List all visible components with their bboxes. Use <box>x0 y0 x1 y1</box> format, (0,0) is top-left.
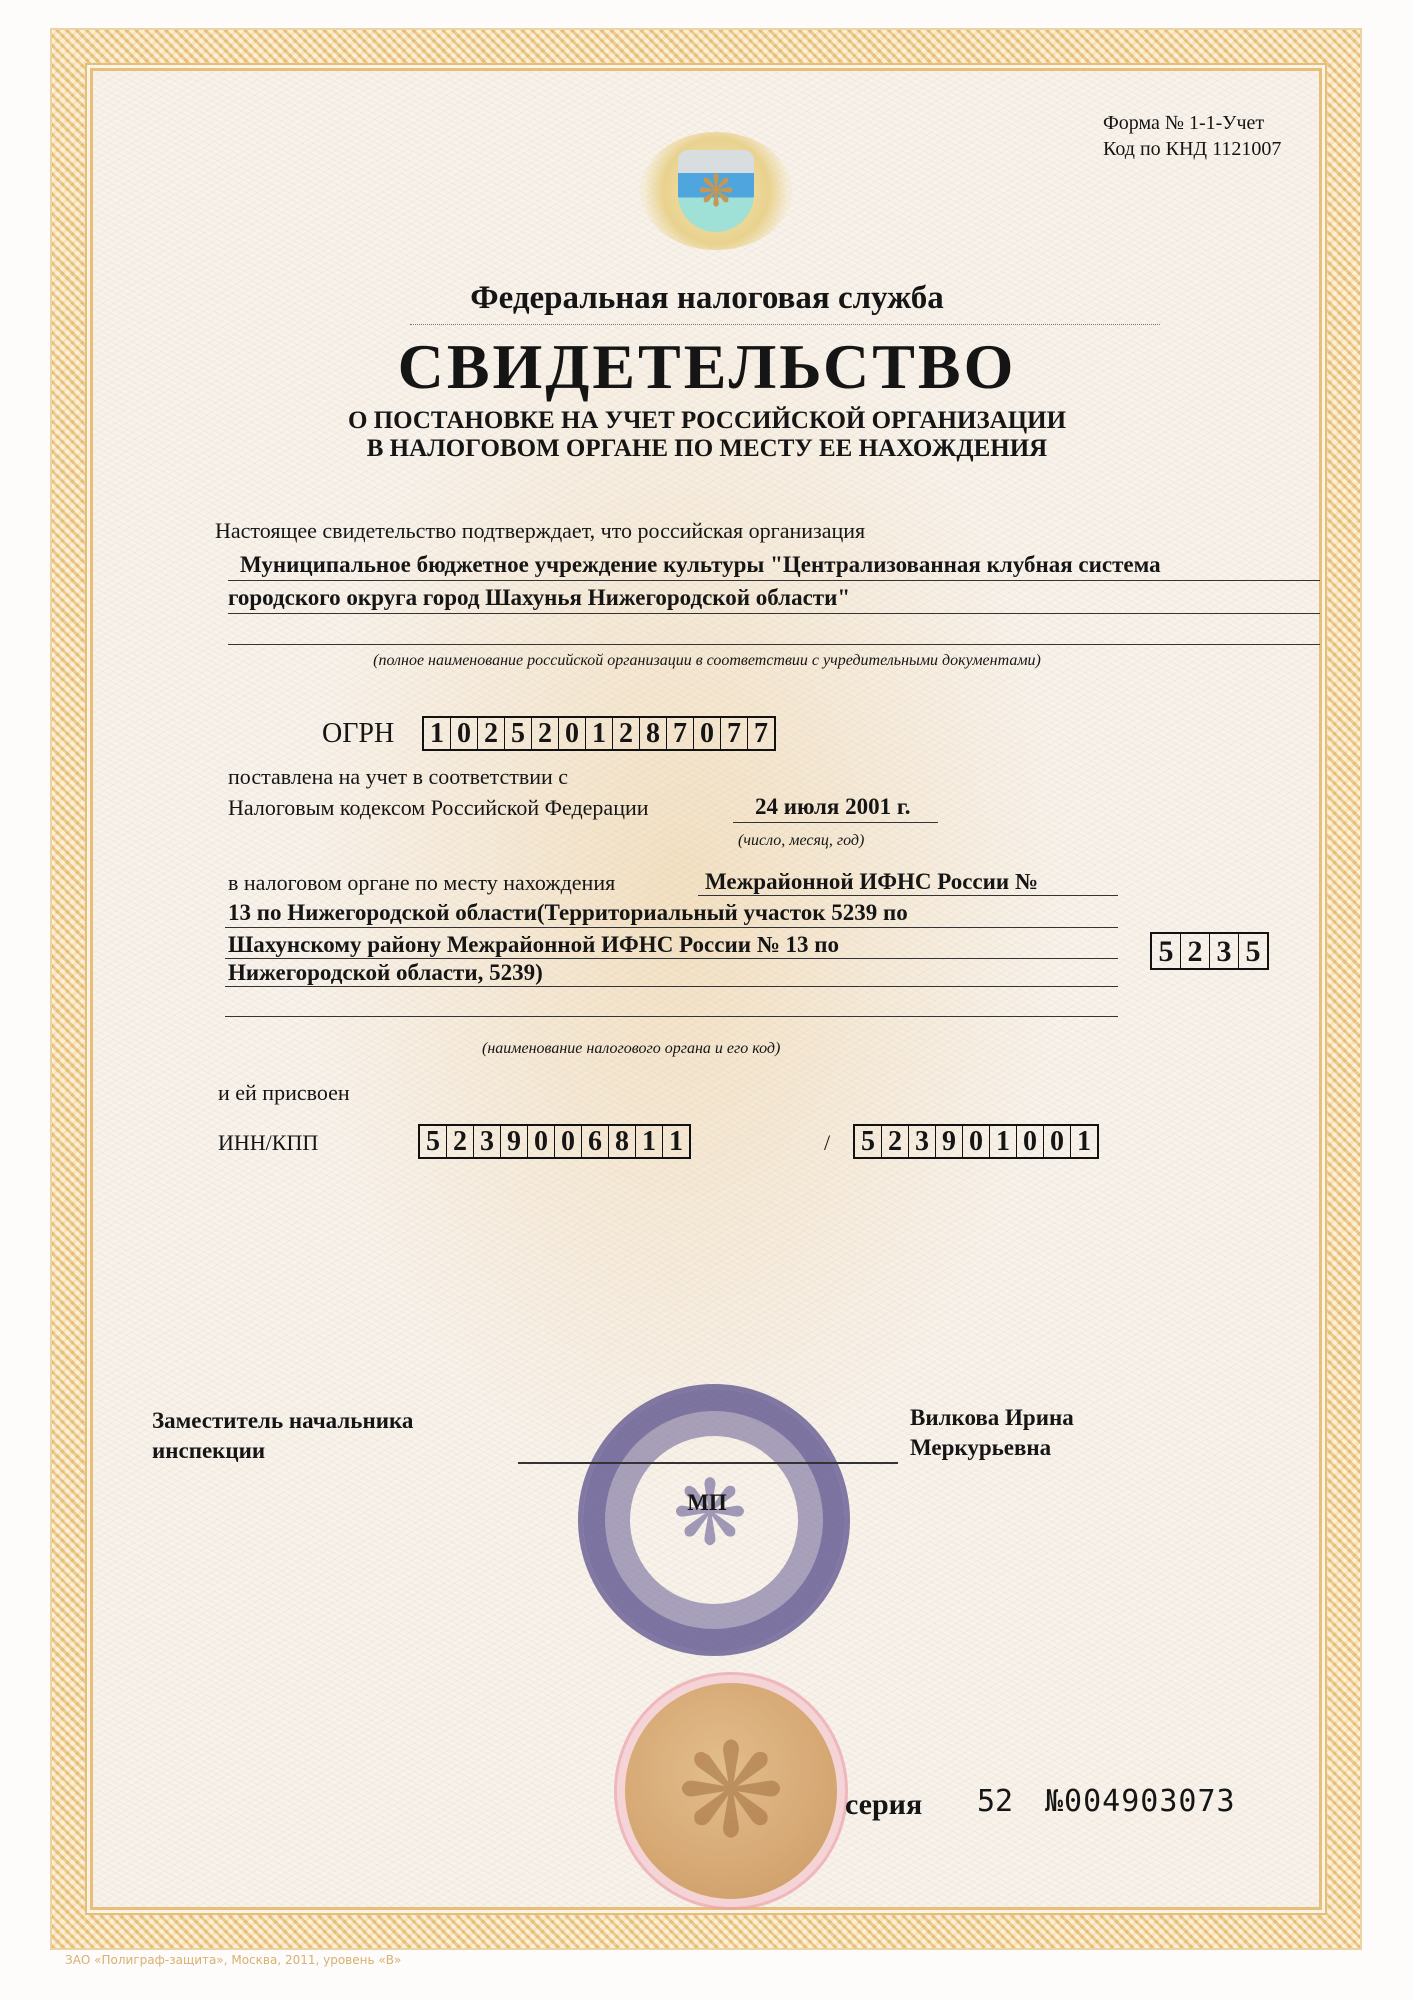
signatory-name: Вилкова Ирина Меркурьевна <box>910 1403 1074 1463</box>
eagle-icon: ❋ <box>678 150 754 232</box>
digit-cell: 2 <box>881 1126 908 1157</box>
registration-line1: поставлена на учет в соответствии с <box>228 764 568 790</box>
digit-cell: 3 <box>1209 934 1238 968</box>
knd-code: Код по КНД 1121007 <box>1103 136 1281 162</box>
authority-line3: Шахунскому району Межрайонной ИФНС Росси… <box>228 932 839 958</box>
digit-cell: 2 <box>477 718 504 749</box>
digit-cell: 9 <box>935 1126 962 1157</box>
digit-cell: 1 <box>585 718 612 749</box>
rule <box>733 822 938 823</box>
digit-cell: 1 <box>635 1126 662 1157</box>
document-subtitle: О ПОСТАНОВКЕ НА УЧЕТ РОССИЙСКОЙ ОРГАНИЗА… <box>0 407 1414 463</box>
rule <box>228 613 1320 614</box>
authority-code: 5235 <box>1150 932 1269 970</box>
digit-cell: 9 <box>500 1126 527 1157</box>
inn-kpp-separator: / <box>824 1130 830 1156</box>
document-number: №004903073 <box>1045 1784 1236 1819</box>
org-name-line2: городского округа город Шахунья Нижегоро… <box>228 585 850 611</box>
kpp-value: 523901001 <box>853 1124 1099 1159</box>
digit-cell: 8 <box>639 718 666 749</box>
ogrn-value: 1025201287077 <box>422 716 776 751</box>
agency-name: Федеральная налоговая служба <box>0 280 1414 317</box>
org-name-line1: Муниципальное бюджетное учреждение культ… <box>240 552 1161 578</box>
gold-hologram-icon: ❋ <box>625 1683 837 1899</box>
inn-value: 5239006811 <box>418 1124 691 1159</box>
digit-cell: 0 <box>962 1126 989 1157</box>
digit-cell: 5 <box>1238 934 1267 968</box>
digit-cell: 7 <box>747 718 774 749</box>
registration-line2: Налоговым кодексом Российской Федерации <box>228 795 649 821</box>
rule <box>225 986 1118 987</box>
rule <box>228 644 1320 645</box>
date-hint: (число, месяц, год) <box>738 832 864 850</box>
registration-date: 24 июля 2001 г. <box>755 794 910 820</box>
digit-cell: 0 <box>1016 1126 1043 1157</box>
digit-cell: 8 <box>608 1126 635 1157</box>
authority-intro: в налоговом органе по месту нахождения <box>228 870 615 896</box>
rule <box>698 895 1118 896</box>
digit-cell: 2 <box>446 1126 473 1157</box>
rule <box>225 958 1118 959</box>
digit-cell: 5 <box>1152 934 1180 968</box>
digit-cell: 0 <box>450 718 477 749</box>
signature-line <box>518 1462 898 1464</box>
authority-line4: Нижегородской области, 5239) <box>228 960 543 986</box>
form-code: Форма № 1-1-Учет Код по КНД 1121007 <box>1103 110 1281 162</box>
rule <box>228 580 1320 581</box>
series-label: серия <box>845 1788 922 1822</box>
inn-kpp-label: ИНН/КПП <box>218 1130 318 1156</box>
assigned-label: и ей присвоен <box>218 1080 350 1106</box>
digit-cell: 5 <box>420 1126 446 1157</box>
series-number: 52 <box>977 1784 1013 1819</box>
authority-line2: 13 по Нижегородской области(Территориаль… <box>228 900 908 926</box>
printer-imprint: ЗАО «Полиграф-защита», Москва, 2011, уро… <box>65 1953 401 1967</box>
digit-cell: 6 <box>581 1126 608 1157</box>
form-number: Форма № 1-1-Учет <box>1103 110 1281 136</box>
digit-cell: 5 <box>855 1126 881 1157</box>
digit-cell: 3 <box>473 1126 500 1157</box>
ogrn-label: ОГРН <box>322 718 394 750</box>
digit-cell: 7 <box>720 718 747 749</box>
rule <box>225 927 1118 928</box>
rule <box>225 1016 1118 1017</box>
digit-cell: 2 <box>1180 934 1209 968</box>
signatory-position: Заместитель начальника инспекции <box>152 1406 413 1466</box>
digit-cell: 0 <box>693 718 720 749</box>
digit-cell: 7 <box>666 718 693 749</box>
authority-hint: (наименование налогового органа и его ко… <box>482 1040 780 1058</box>
digit-cell: 0 <box>1043 1126 1070 1157</box>
digit-cell: 2 <box>531 718 558 749</box>
org-name-hint: (полное наименование российской организа… <box>0 652 1414 670</box>
divider <box>410 324 1160 325</box>
digit-cell: 2 <box>612 718 639 749</box>
org-intro: Настоящее свидетельство подтверждает, чт… <box>215 518 865 544</box>
digit-cell: 1 <box>989 1126 1016 1157</box>
digit-cell: 1 <box>662 1126 689 1157</box>
digit-cell: 5 <box>504 718 531 749</box>
digit-cell: 3 <box>908 1126 935 1157</box>
authority-line1: Межрайонной ИФНС России № <box>705 869 1038 895</box>
digit-cell: 0 <box>527 1126 554 1157</box>
digit-cell: 0 <box>558 718 585 749</box>
digit-cell: 0 <box>554 1126 581 1157</box>
stamp-place-label: МП <box>0 1490 1414 1516</box>
digit-cell: 1 <box>1070 1126 1097 1157</box>
document-title: СВИДЕТЕЛЬСТВО <box>0 330 1414 404</box>
digit-cell: 1 <box>424 718 450 749</box>
fns-emblem-icon: ❋ <box>640 132 792 250</box>
